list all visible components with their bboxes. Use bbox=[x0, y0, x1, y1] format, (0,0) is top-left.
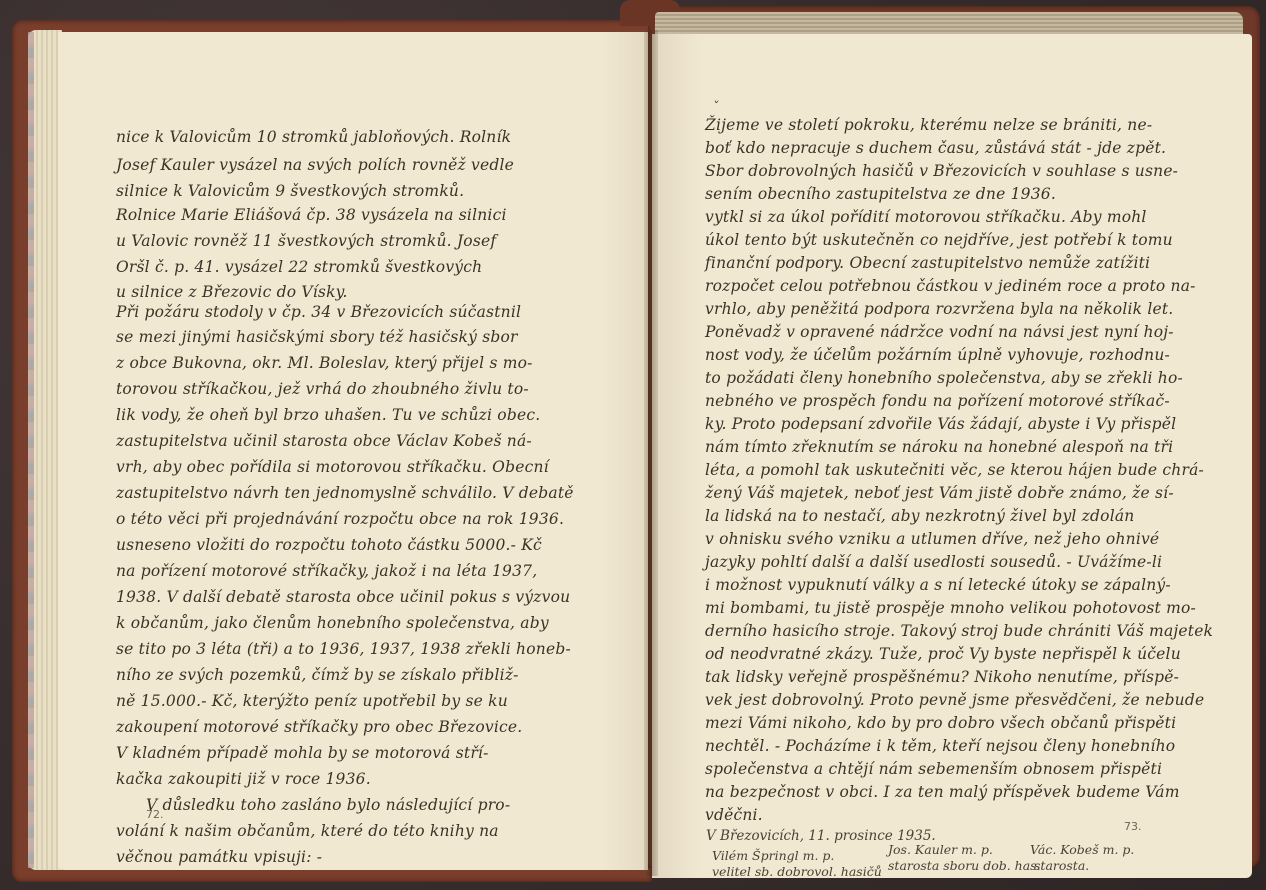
text-line: žený Váš majetek, neboť jest Vám jistě d… bbox=[705, 484, 1145, 502]
text-line: la lidská na to nestačí, aby nezkrotný ž… bbox=[705, 507, 1145, 525]
text-line: mi bombami, tu jistě prospěje mnoho veli… bbox=[705, 599, 1145, 617]
text-line: vek jest dobrovolný. Proto pevně jsme př… bbox=[705, 691, 1145, 709]
text-line: usneseno vložiti do rozpočtu tohoto část… bbox=[116, 536, 596, 554]
text-line: V důsledku toho zasláno bylo následující… bbox=[146, 796, 626, 814]
text-line: k občanům, jako členům honebního společe… bbox=[116, 614, 596, 632]
text-line: u silnice z Březovic do Vísky. bbox=[116, 283, 596, 301]
text-line: nice k Valovicům 10 stromků jabloňových.… bbox=[116, 128, 596, 146]
text-line: zastupitelstva učinil starosta obce Václ… bbox=[116, 432, 596, 450]
text-line: jazyky pohltí další a další usedlosti so… bbox=[705, 553, 1145, 571]
text-line: Při požáru stodoly v čp. 34 v Březovicíc… bbox=[116, 303, 596, 321]
text-line: Oršl č. p. 41. vysázel 22 stromků švestk… bbox=[116, 258, 596, 276]
signature-title-1: velitel sb. dobrovol. hasičů bbox=[712, 864, 882, 879]
signature-title-3: starosta. bbox=[1034, 858, 1089, 873]
text-line: Žijeme ve století pokroku, kterému nelze… bbox=[705, 116, 1145, 134]
text-line: nechtěl. - Pocházíme i k těm, kteří nejs… bbox=[705, 737, 1145, 755]
signature-name-1: Vilém Špringl m. p. bbox=[712, 848, 834, 863]
text-line: zastupitelstvo návrh ten jednomyslně sch… bbox=[116, 484, 596, 502]
text-line: 1938. V další debatě starosta obce učini… bbox=[116, 588, 596, 606]
text-line: zakoupení motorové stříkačky pro obec Bř… bbox=[116, 718, 596, 736]
text-line: sením obecního zastupitelstva ze dne 193… bbox=[705, 185, 1145, 203]
text-line: nám tímto zřeknutím se nároku na honebné… bbox=[705, 438, 1145, 456]
text-line: tak lidsky veřejně prospěšnému? Nikoho n… bbox=[705, 668, 1145, 686]
text-line: na bezpečnost v obci. I za ten malý přís… bbox=[705, 783, 1145, 801]
text-line: Rolnice Marie Eliášová čp. 38 vysázela n… bbox=[116, 206, 596, 224]
text-line: u Valovic rovněž 11 švestkových stromků.… bbox=[116, 232, 596, 250]
text-line: léta, a pomohl tak uskutečniti věc, se k… bbox=[705, 461, 1145, 479]
text-line: vytkl si za úkol pořídití motorovou stří… bbox=[705, 208, 1145, 226]
text-line: Josef Kauler vysázel na svých polích rov… bbox=[116, 156, 596, 174]
book-gutter bbox=[644, 30, 658, 876]
text-line: věčnou památku vpisuji: - bbox=[116, 848, 596, 866]
text-line: nost vody, že účelům požárním úplně vyho… bbox=[705, 346, 1145, 364]
text-line: mezi Vámi nikoho, kdo by pro dobro všech… bbox=[705, 714, 1145, 732]
text-line: na pořízení motorové stříkačky, jakož i … bbox=[116, 562, 596, 580]
text-line: V kladném případě mohla by se motorová s… bbox=[116, 744, 596, 762]
signature-name-2: Jos. Kauler m. p. bbox=[888, 842, 993, 857]
page-number-left: 72. bbox=[146, 808, 164, 821]
text-line: v ohnisku svého vzniku a utlumen dříve, … bbox=[705, 530, 1145, 548]
text-line: vděčni. bbox=[705, 806, 1145, 824]
text-line: se tito po 3 léta (tři) a to 1936, 1937,… bbox=[116, 640, 596, 658]
text-line: lik vody, že oheň byl brzo uhašen. Tu ve… bbox=[116, 406, 596, 424]
text-line: finanční podpory. Obecní zastupitelstvo … bbox=[705, 254, 1145, 272]
text-line: úkol tento být uskutečněn co nejdříve, j… bbox=[705, 231, 1145, 249]
signature-title-2: starosta sboru dob. has. bbox=[888, 858, 1041, 873]
text-line: volání k našim občanům, které do této kn… bbox=[116, 822, 596, 840]
marbled-edge bbox=[28, 32, 34, 868]
text-line: torovou stříkačkou, jež vrhá do zhoubnéh… bbox=[116, 380, 596, 398]
text-line: ního ze svých pozemků, čímž by se získal… bbox=[116, 666, 596, 684]
text-line: Poněvadž v opravené nádržce vodní na náv… bbox=[705, 323, 1145, 341]
text-line: vrh, aby obec pořídila si motorovou stří… bbox=[116, 458, 596, 476]
text-line: vrhlo, aby peněžitá podpora rozvržena by… bbox=[705, 300, 1145, 318]
text-line: derního hasicího stroje. Takový stroj bu… bbox=[705, 622, 1145, 640]
text-line: Sbor dobrovolných hasičů v Březovicích v… bbox=[705, 162, 1145, 180]
page-number-right: 73. bbox=[1124, 820, 1142, 833]
text-line: ky. Proto podepsaní zdvořile Vás žádají,… bbox=[705, 415, 1145, 433]
text-line: rozpočet celou potřebnou částkou v jedin… bbox=[705, 277, 1145, 295]
text-line: ně 15.000.- Kč, kterýžto peníz upotřebil… bbox=[116, 692, 596, 710]
text-line: nebného ve prospěch fondu na pořízení mo… bbox=[705, 392, 1145, 410]
text-line: i možnost vypuknutí války a s ní letecké… bbox=[705, 576, 1145, 594]
text-line: boť kdo nepracuje s duchem času, zůstává… bbox=[705, 139, 1145, 157]
text-line: to požádati členy honebního společenstva… bbox=[705, 369, 1145, 387]
page-edges-top-right bbox=[655, 12, 1243, 34]
text-line: silnice k Valovicům 9 švestkových stromk… bbox=[116, 182, 596, 200]
signature-name-3: Vác. Kobeš m. p. bbox=[1030, 842, 1134, 857]
text-line: se mezi jinými hasičskými sbory též hasi… bbox=[116, 328, 596, 346]
text-line: kačka zakoupiti již v roce 1936. bbox=[116, 770, 596, 788]
diacritic-mark: ˇ bbox=[712, 100, 719, 115]
text-line: o této věci při projednávání rozpočtu ob… bbox=[116, 510, 596, 528]
text-line: z obce Bukovna, okr. Ml. Boleslav, který… bbox=[116, 354, 596, 372]
text-line: od neodvratné zkázy. Tuže, proč Vy byste… bbox=[705, 645, 1145, 663]
text-line: společenstva a chtějí nám sebemenším obn… bbox=[705, 760, 1145, 778]
